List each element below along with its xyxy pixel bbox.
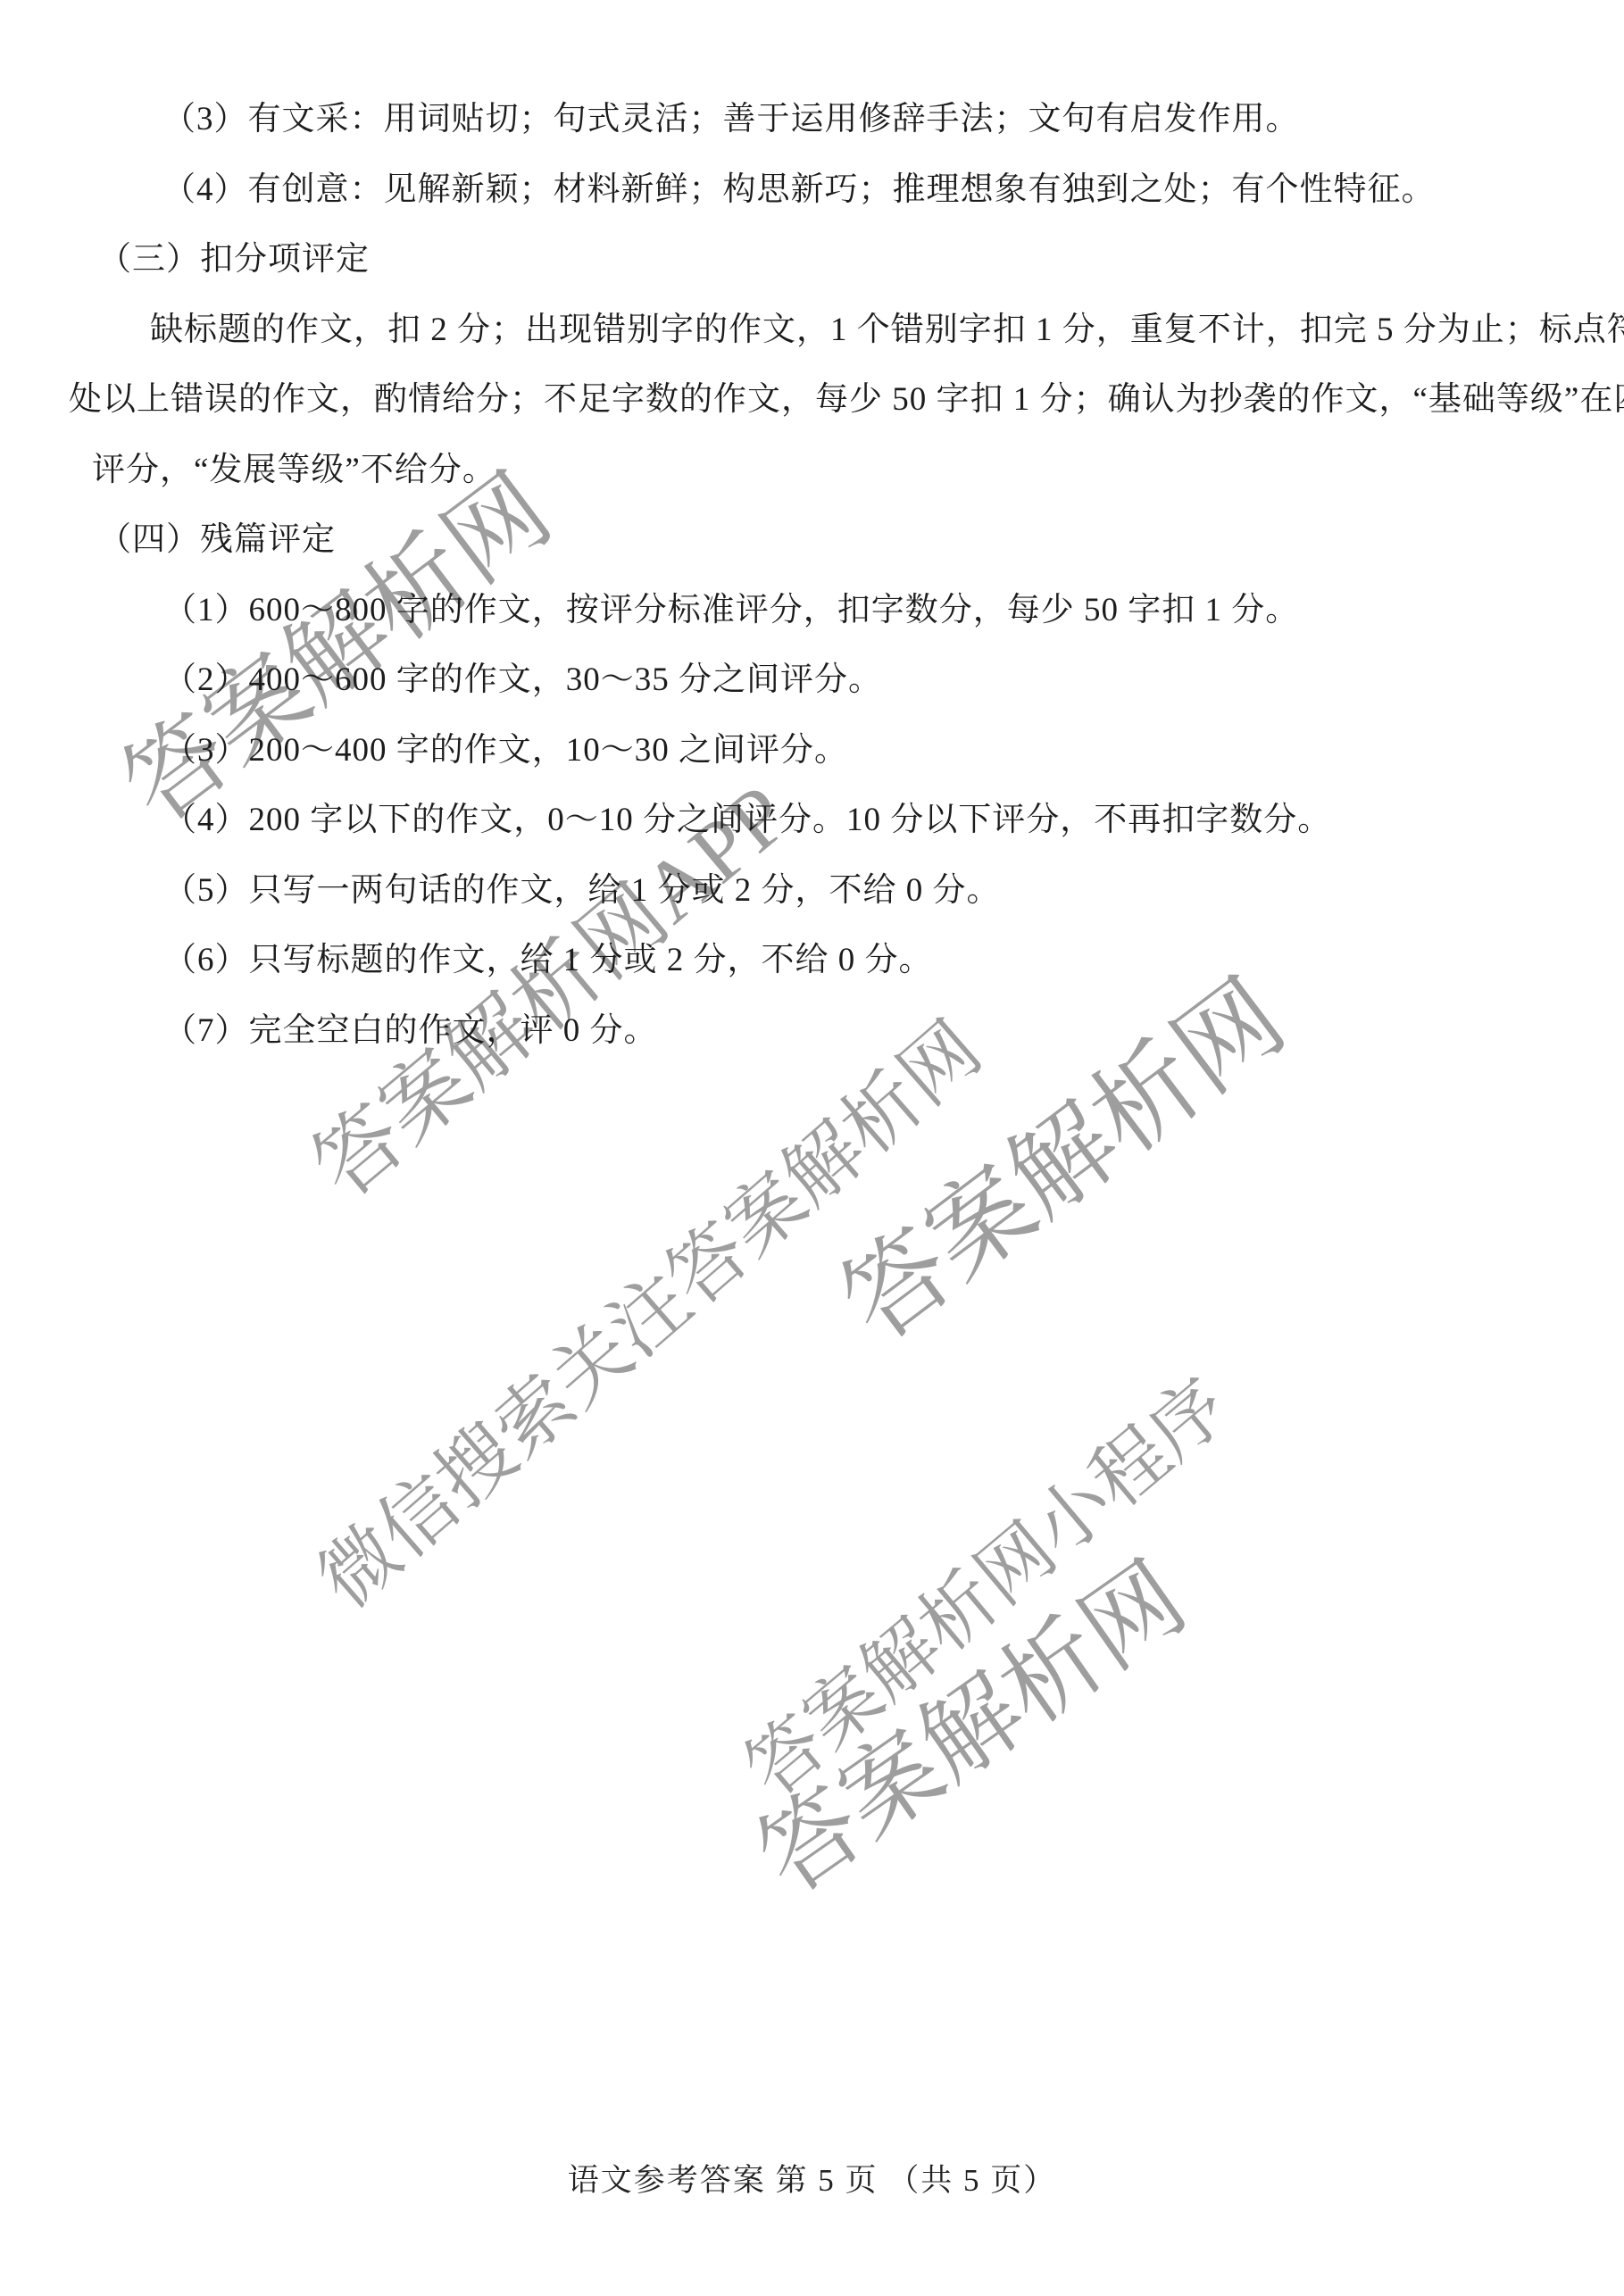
section-heading: （四）残篇评定 [98, 504, 336, 575]
document-line: 评分，“发展等级”不给分。 [92, 435, 496, 505]
document-line: （7）完全空白的作文，评 0 分。 [163, 995, 658, 1066]
document-line: （4）200 字以下的作文，0～10 分之间评分。10 分以下评分，不再扣字数分… [163, 785, 1331, 855]
watermark: 答案解析网 [806, 938, 1310, 1368]
document-line: 处以上错误的作文，酌情给分；不足字数的作文，每少 50 字扣 1 分；确认为抄袭… [69, 364, 1624, 435]
document-page: 答案解析网 答案解析网APP 答案解析网 微信搜索关注答案解析网 答案解析网小程… [0, 0, 1624, 2296]
watermark: 答案解析网小程序 [719, 1349, 1248, 1818]
document-line: （6）只写标题的作文，给 1 分或 2 分，不给 0 分。 [163, 925, 933, 995]
watermark: 微信搜索关注答案解析网 [290, 991, 1000, 1628]
document-line: 缺标题的作文，扣 2 分；出现错别字的作文，1 个错别字扣 1 分，重复不计，扣… [150, 295, 1624, 365]
document-line: （3）200～400 字的作文，10～30 之间评分。 [163, 715, 848, 786]
section-heading: （三）扣分项评定 [98, 224, 370, 295]
watermark: 答案解析网 [725, 1523, 1208, 1920]
document-line: （1）600～800 字的作文，按评分标准评分，扣字数分，每少 50 字扣 1 … [163, 575, 1299, 645]
document-line: （4）有创意：见解新颖；材料新鲜；构思新巧；推理想象有独到之处；有个性特征。 [162, 154, 1436, 225]
document-line: （2）400～600 字的作文，30～35 分之间评分。 [163, 645, 882, 715]
page-footer: 语文参考答案 第 5 页 （共 5 页） [0, 2161, 1624, 2200]
document-line: （3）有文采：用词贴切；句式灵活；善于运用修辞手法；文句有启发作用。 [162, 84, 1300, 154]
document-line: （5）只写一两句话的作文，给 1 分或 2 分，不给 0 分。 [163, 855, 1001, 926]
